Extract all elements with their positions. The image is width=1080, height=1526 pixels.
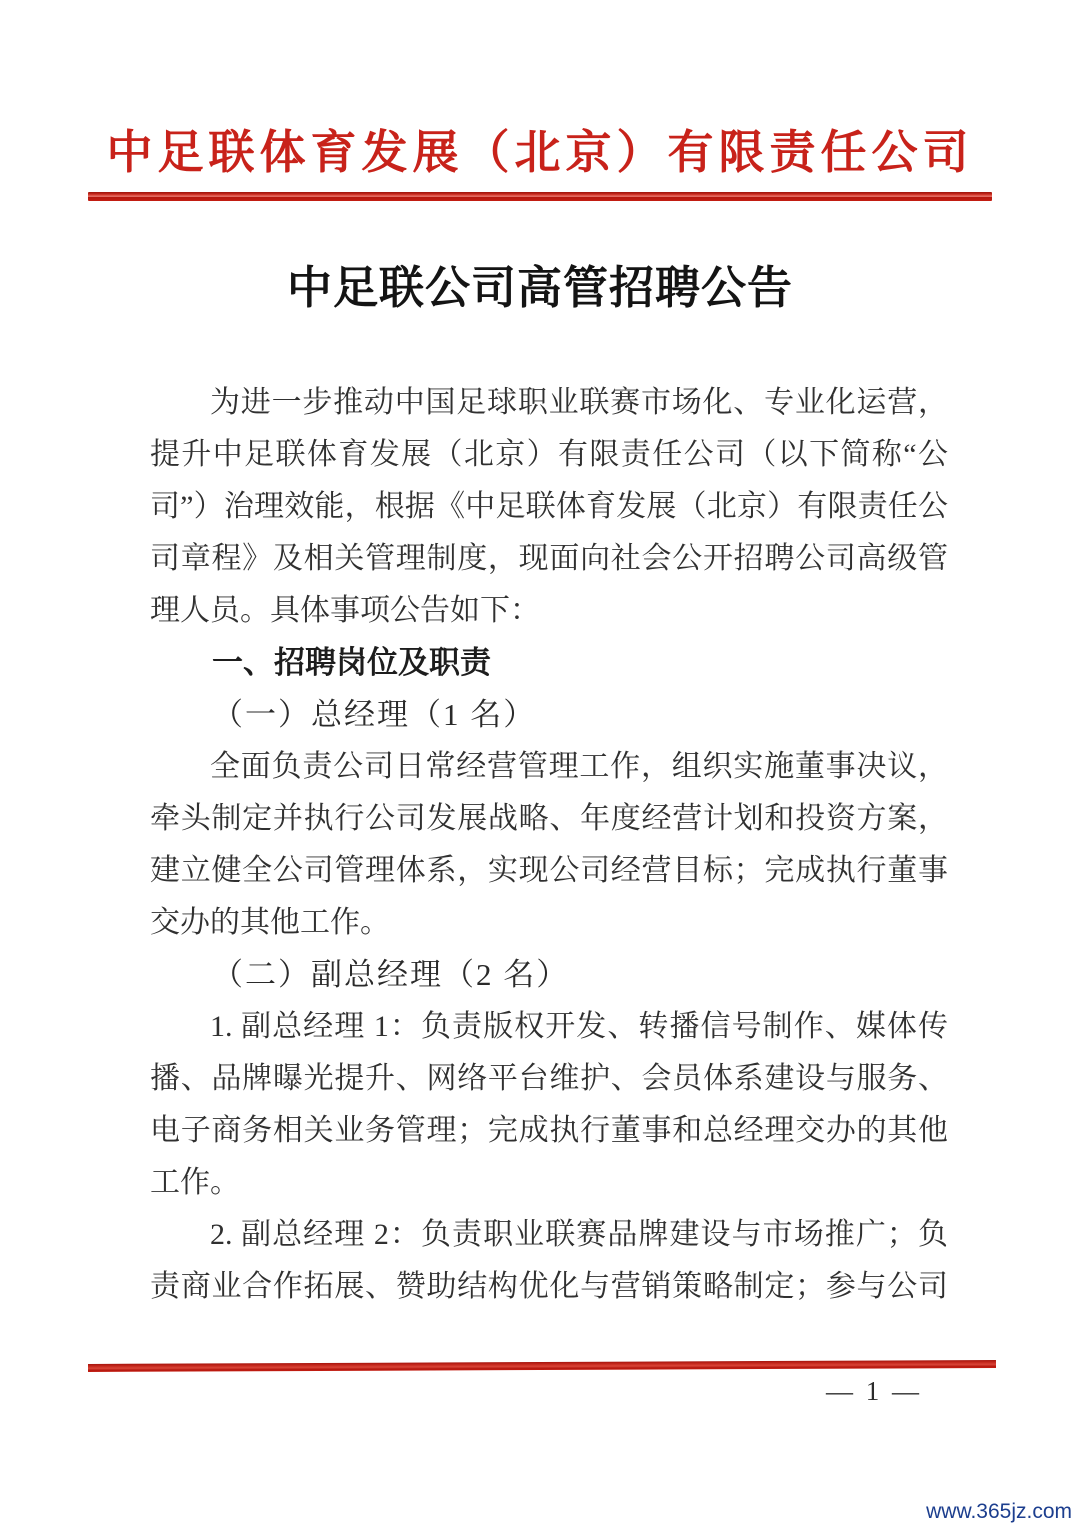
page-number: — 1 — xyxy=(826,1376,922,1407)
heading-line: （一）总经理（1 名） xyxy=(150,689,948,741)
document-body: 为进一步推动中国足球职业联赛市场化、专业化运营， 提升中足联体育发展（北京）有限… xyxy=(150,377,948,1313)
document-page: 中足联体育发展（北京）有限责任公司 中足联公司高管招聘公告 为进一步推动中国足球… xyxy=(0,0,1080,1526)
text-line: 理人员。具体事项公告如下： xyxy=(150,585,948,637)
text-line: 播、品牌曝光提升、网络平台维护、会员体系建设与服务、 xyxy=(150,1053,948,1105)
text-line: 司章程》及相关管理制度，现面向社会公开招聘公司高级管 xyxy=(150,533,948,585)
paragraph: 2. 副总经理 2：负责职业联赛品牌建设与市场推广；负 责商业合作拓展、赞助结构… xyxy=(150,1209,948,1313)
subsection-heading: （二）副总经理（2 名） xyxy=(150,949,948,1001)
text-line: 1. 副总经理 1：负责版权开发、转播信号制作、媒体传 xyxy=(150,1001,948,1053)
header-rule xyxy=(88,192,992,201)
page-title: 中足联公司高管招聘公告 xyxy=(0,257,1080,319)
heading-line: 一、招聘岗位及职责 xyxy=(150,637,948,689)
footer-rule xyxy=(88,1360,996,1372)
watermark: www.365jz.com xyxy=(926,1500,1072,1524)
text-line: 提升中足联体育发展（北京）有限责任公司（以下简称“公 xyxy=(150,429,948,481)
text-line: 牵头制定并执行公司发展战略、年度经营计划和投资方案， xyxy=(150,793,948,845)
paragraph: 全面负责公司日常经营管理工作，组织实施董事决议， 牵头制定并执行公司发展战略、年… xyxy=(150,741,948,949)
text-line: 为进一步推动中国足球职业联赛市场化、专业化运营， xyxy=(150,377,948,429)
text-line: 建立健全公司管理体系，实现公司经营目标；完成执行董事 xyxy=(150,845,948,897)
text-line: 司”）治理效能，根据《中足联体育发展（北京）有限责任公 xyxy=(150,481,948,533)
subsection-heading: （一）总经理（1 名） xyxy=(150,689,948,741)
heading-line: （二）副总经理（2 名） xyxy=(150,949,948,1001)
text-line: 交办的其他工作。 xyxy=(150,897,948,949)
company-name-banner: 中足联体育发展（北京）有限责任公司 xyxy=(60,122,1020,184)
text-line: 工作。 xyxy=(150,1157,948,1209)
text-line: 2. 副总经理 2：负责职业联赛品牌建设与市场推广；负 xyxy=(150,1209,948,1261)
section-heading: 一、招聘岗位及职责 xyxy=(150,637,948,689)
text-line: 全面负责公司日常经营管理工作，组织实施董事决议， xyxy=(150,741,948,793)
text-line: 责商业合作拓展、赞助结构优化与营销策略制定；参与公司 xyxy=(150,1261,948,1313)
text-line: 电子商务相关业务管理；完成执行董事和总经理交办的其他 xyxy=(150,1105,948,1157)
paragraph: 为进一步推动中国足球职业联赛市场化、专业化运营， 提升中足联体育发展（北京）有限… xyxy=(150,377,948,637)
paragraph: 1. 副总经理 1：负责版权开发、转播信号制作、媒体传 播、品牌曝光提升、网络平… xyxy=(150,1001,948,1209)
